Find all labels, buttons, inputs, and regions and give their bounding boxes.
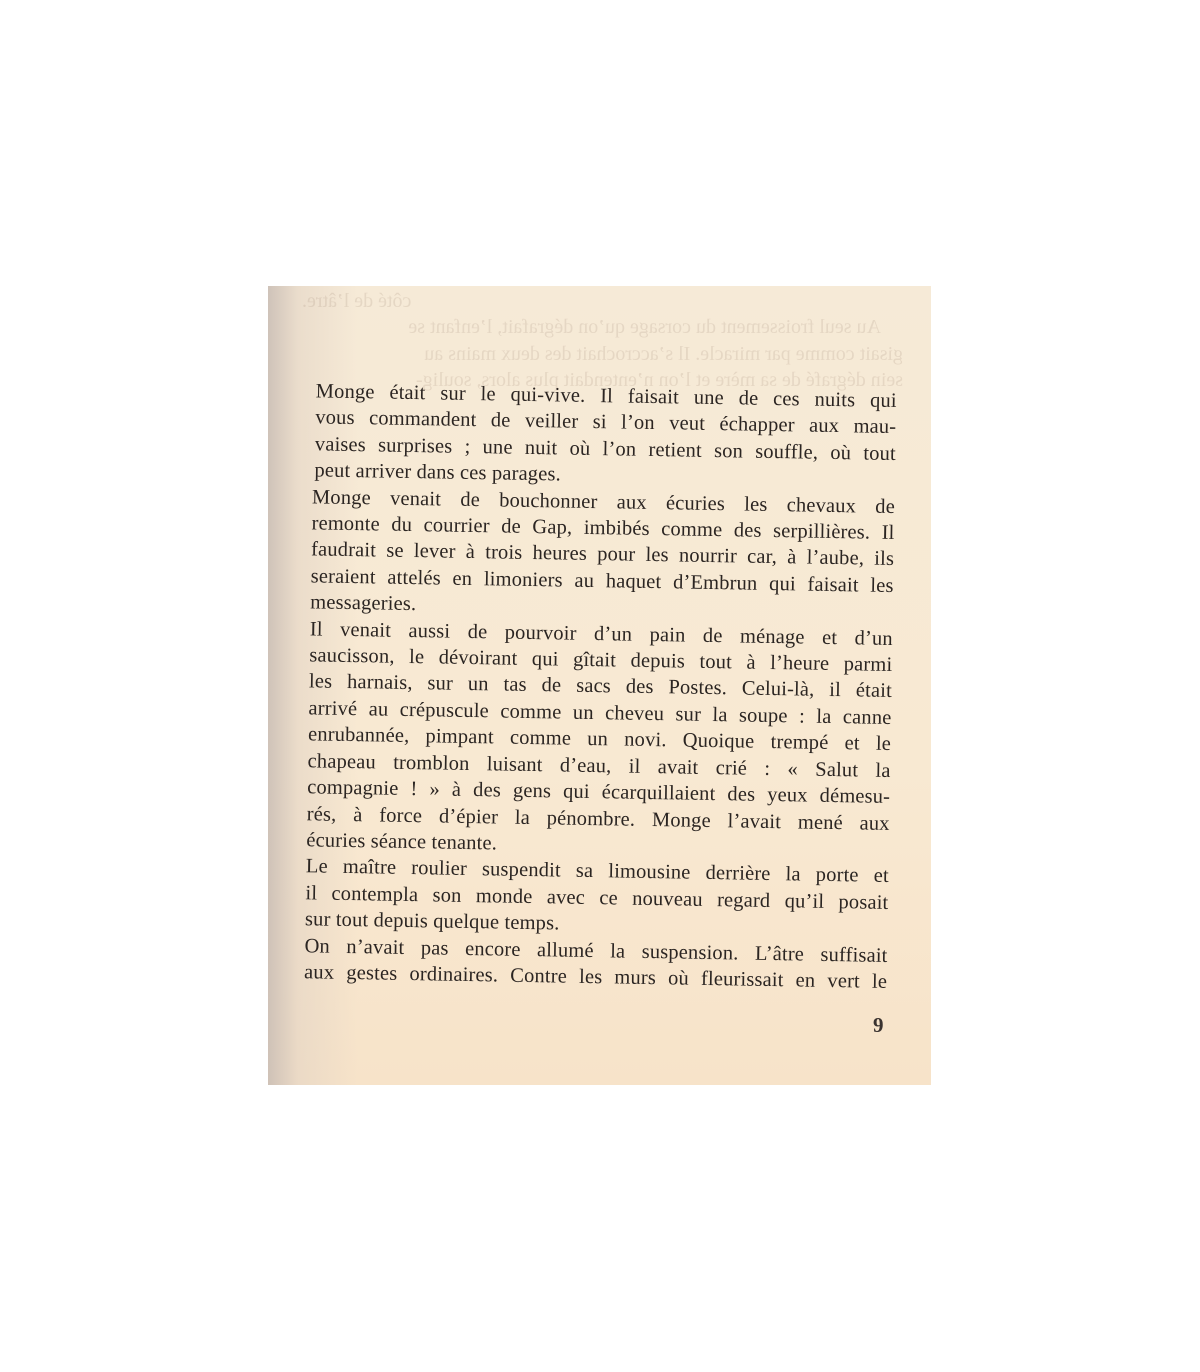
bleed-line: côté de l’âtre.	[268, 288, 931, 314]
paragraph-5: On n’avait pas encore allumé la suspensi…	[282, 932, 888, 995]
page-number: 9	[873, 1013, 884, 1038]
book-page: côté de l’âtre. Au seul froissement du c…	[268, 286, 931, 1085]
bleed-line: gisait comme par miracle. Il s’accrochai…	[268, 341, 931, 367]
bleed-line: Au seul froissement du corsage qu’on dég…	[268, 314, 931, 340]
paragraph-2: Monge venait de bouchonner aux écuries l…	[288, 484, 895, 626]
paragraph-1: Monge était sur le qui-vive. Il faisait …	[290, 378, 897, 494]
paragraph-3: Il venait aussi de pourvoir d’un pain de…	[284, 616, 893, 864]
paragraph-4: Le maître roulier suspendit sa limousine…	[283, 853, 889, 942]
body-text: Monge était sur le qui-vive. Il faisait …	[282, 378, 897, 995]
